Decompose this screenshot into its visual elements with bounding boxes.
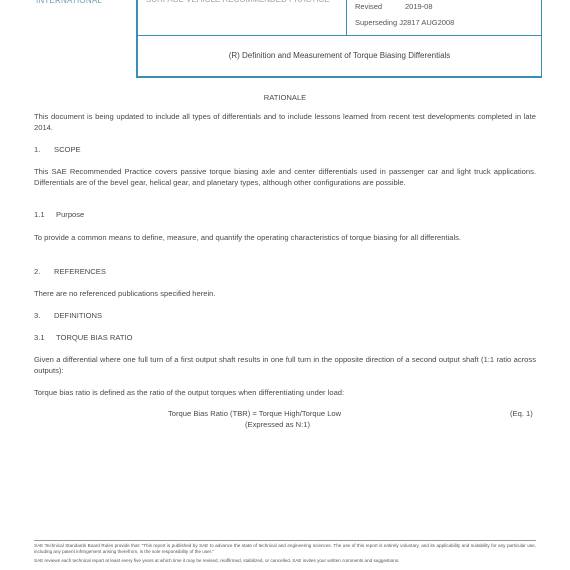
- footer-divider: [34, 540, 536, 541]
- section-text-purpose: To provide a common means to define, mea…: [34, 233, 536, 244]
- document-meta-panel: Revised2019-08 Superseding J2817 AUG2008: [346, 0, 541, 35]
- meta-revised: Revised2019-08: [355, 2, 433, 11]
- tbr-definition: Torque bias ratio is defined as the rati…: [34, 388, 536, 399]
- section-text-scope: This SAE Recommended Practice covers pas…: [34, 167, 536, 188]
- section-heading-scope: 1.SCOPE: [34, 145, 81, 154]
- footer-notice-2: SAE reviews each technical report at lea…: [34, 558, 536, 564]
- rationale-heading: RATIONALE: [34, 93, 536, 104]
- meta-superseding: Superseding J2817 AUG2008: [355, 18, 454, 27]
- footer-notice-1: SAE Technical Standards Board Rules prov…: [34, 543, 536, 555]
- section-text-torque-bias-ratio: Given a differential where one full turn…: [34, 355, 536, 376]
- equation-line-1: Torque Bias Ratio (TBR) = Torque High/To…: [168, 409, 341, 418]
- section-heading-purpose: 1.1Purpose: [34, 210, 84, 219]
- document-title: (R) Definition and Measurement of Torque…: [138, 51, 541, 60]
- section-text-references: There are no referenced publications spe…: [34, 289, 536, 300]
- meta-superseding-label: Superseding: [355, 18, 397, 27]
- section-heading-torque-bias-ratio: 3.1TORQUE BIAS RATIO: [34, 333, 133, 342]
- meta-revised-label: Revised: [355, 2, 405, 11]
- equation-line-2: (Expressed as N:1): [245, 420, 310, 429]
- section-heading-definitions: 3.DEFINITIONS: [34, 311, 102, 320]
- meta-superseding-value: J2817 AUG2008: [399, 18, 454, 27]
- header-top-row: SURFACE VEHICLE RECOMMENDED PRACTICE Rev…: [138, 0, 541, 36]
- equation-label: (Eq. 1): [510, 409, 533, 418]
- meta-revised-value: 2019-08: [405, 2, 433, 11]
- document-type-title: SURFACE VEHICLE RECOMMENDED PRACTICE: [146, 0, 330, 4]
- section-heading-references: 2.REFERENCES: [34, 267, 106, 276]
- rationale-text: This document is being updated to includ…: [34, 112, 536, 133]
- header-box: SURFACE VEHICLE RECOMMENDED PRACTICE Rev…: [136, 0, 542, 78]
- sae-logo-text: INTERNATIONAL: [36, 0, 102, 5]
